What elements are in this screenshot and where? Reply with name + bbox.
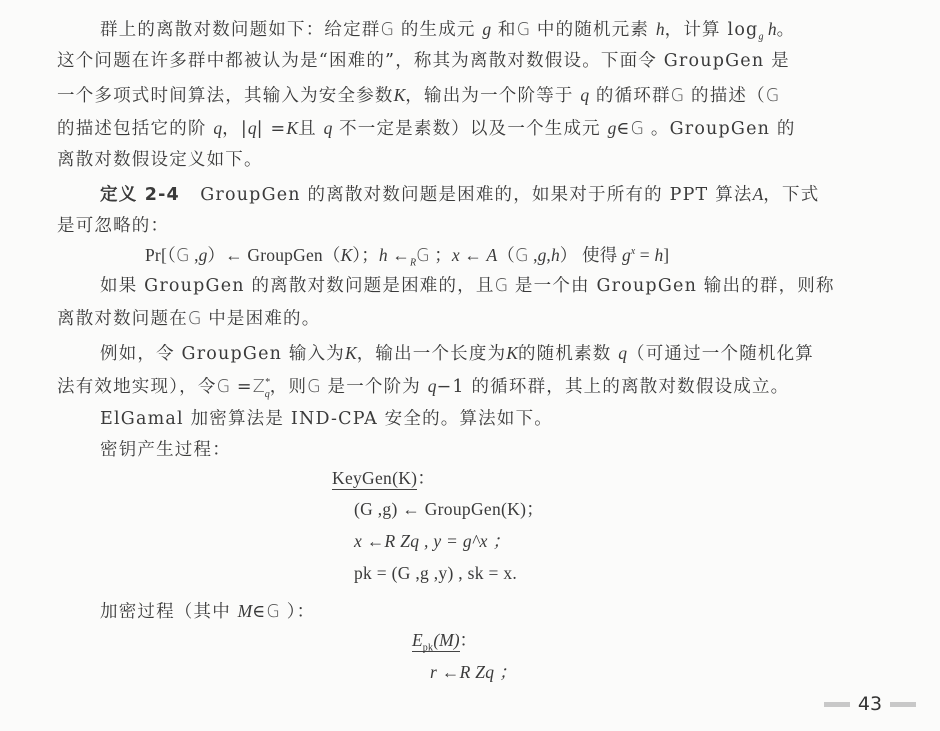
page-number-bar [890,702,916,707]
text-line: ElGamal 加密算法是 IND-CPA 安全的。算法如下。 [100,404,553,434]
text-line: 例如，令 GroupGen 输入为K，输出一个长度为K的随机素数 q（可通过一个… [100,338,814,369]
encrypt-line: r ←R Zq ； [430,657,517,687]
text-line: 这个问题在许多群中都被认为是“困难的”，称其为离散对数假设。下面令 GroupG… [57,46,790,76]
keygen-title: KeyGen(K)： [332,463,435,493]
page-number: 43 [820,690,920,718]
encrypt-title: Epk(M)： [412,625,477,655]
text-line: 法有效地实现），令G =Z*q，则G 是一个阶为 q−1 的循环群，其上的离散对… [57,371,789,402]
keygen-line: x ←R Zq , y = g^x ； [354,526,510,556]
probability-formula: Pr[（G ,g）← GroupGen（K）；h ←RG ；x ← A（G ,g… [145,240,669,271]
keygen-line: (G ,g) ← GroupGen(K)； [354,494,544,524]
text-line: 离散对数假设定义如下。 [57,145,263,175]
text-line: 密钥产生过程： [100,435,231,465]
definition-label: 定义 2-4 [100,185,180,205]
text-line: 加密过程（其中 M∈G ）： [100,596,315,627]
text-line: 如果 GroupGen 的离散对数问题是困难的，且G 是一个由 GroupGen… [100,271,835,301]
text-line: 离散对数问题在G 中是困难的。 [57,304,320,334]
text-line: 的描述包括它的阶 q，|q| =K且 q 不一定是素数）以及一个生成元 g∈G … [57,113,796,144]
text-line: 是可忽略的： [57,211,169,241]
text-line: 一个多项式时间算法，其输入为安全参数K，输出为一个阶等于 q 的循环群G 的描述… [57,80,779,111]
text-line: 群上的离散对数问题如下：给定群G 的生成元 g 和G 中的随机元素 h，计算 l… [100,14,795,45]
definition-line: 定义 2-4 GroupGen 的离散对数问题是困难的，如果对于所有的 PPT … [100,179,819,210]
keygen-line: pk = (G ,g ,y) , sk = x. [354,558,517,588]
page-number-bar [824,702,850,707]
blackboard-G: G [381,20,395,40]
